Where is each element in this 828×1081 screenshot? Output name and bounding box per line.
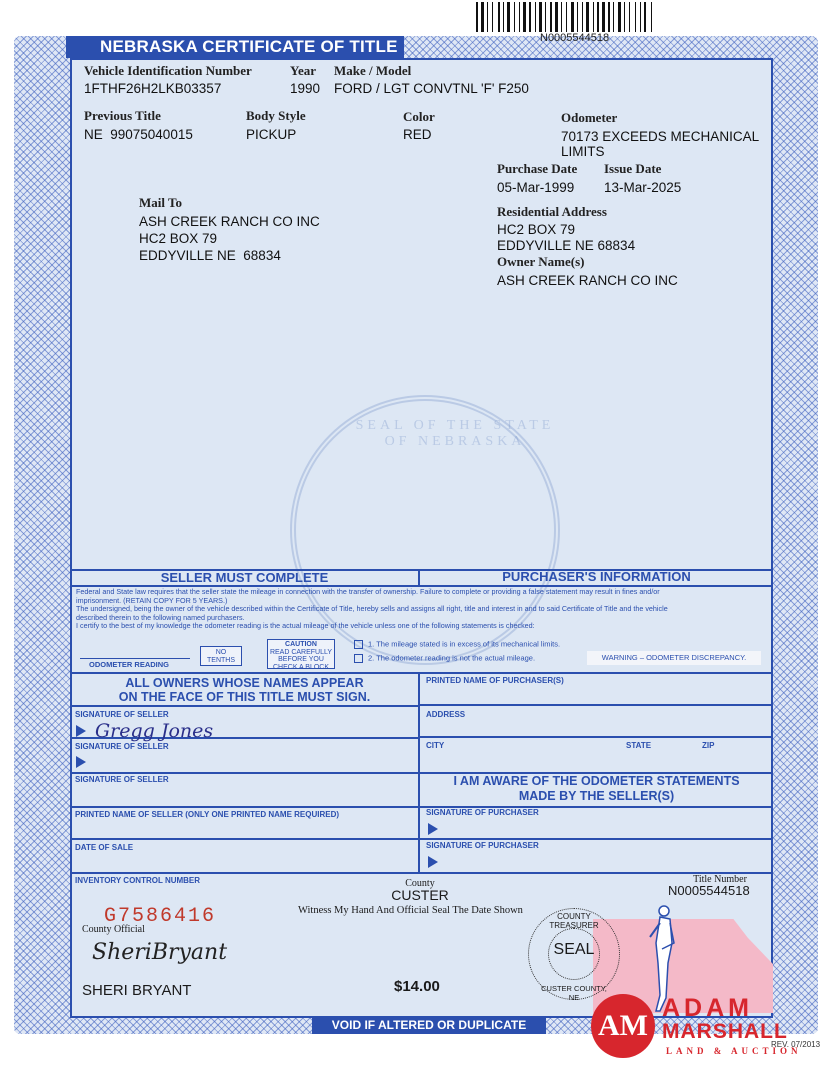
divider — [71, 872, 773, 874]
county-official-label: County Official — [82, 924, 145, 935]
barcode-number: N0005544518 — [540, 32, 609, 44]
seller-signature-label-1: SIGNATURE OF SELLER — [75, 710, 169, 719]
title-fee: $14.00 — [394, 978, 440, 995]
vin-value: 1FTHF26H2LKB03357 — [84, 81, 221, 96]
issue-date-label: Issue Date — [604, 161, 661, 177]
seller-header: SELLER MUST COMPLETE — [71, 570, 418, 585]
odometer-awareness-notice: I AM AWARE OF THE ODOMETER STATEMENTS MA… — [420, 774, 773, 803]
statement-1-checkbox[interactable] — [354, 640, 363, 649]
void-notice: VOID IF ALTERED OR DUPLICATE ISSUED — [312, 1016, 546, 1034]
printed-name-seller-label: PRINTED NAME OF SELLER (ONLY ONE PRINTED… — [75, 810, 339, 819]
seal-bottom-text: CUSTER COUNTY, NE — [536, 984, 612, 1002]
divider — [71, 672, 773, 674]
printed-name-seller-field[interactable] — [75, 821, 410, 836]
sign-here-arrow-icon — [76, 725, 86, 737]
mail-to-line: EDDYVILLE NE 68834 — [139, 248, 281, 263]
printed-name-purchaser-label: PRINTED NAME OF PURCHASER(S) — [426, 676, 564, 685]
color-value: RED — [403, 127, 432, 142]
odometer-warning: WARNING – ODOMETER DISCREPANCY. — [587, 651, 761, 665]
state-label: STATE — [626, 741, 651, 750]
logo-line2: MARSHALL — [662, 1021, 788, 1043]
sign-here-arrow-icon — [76, 756, 86, 768]
official-signature: SheriBryant — [92, 940, 227, 965]
address-label: ADDRESS — [426, 710, 465, 719]
statement-1[interactable]: 1. The mileage stated is in excess of it… — [354, 640, 560, 649]
signature-purchaser-label-2: SIGNATURE OF PURCHASER — [426, 841, 539, 850]
odometer-reading-label: ODOMETER READING — [89, 660, 169, 669]
year-value: 1990 — [290, 81, 320, 96]
mail-to-line: HC2 BOX 79 — [139, 231, 217, 246]
residential-address-line: EDDYVILLE NE 68834 — [497, 238, 635, 253]
seller-signature-2[interactable] — [92, 752, 412, 770]
legal-text: Federal and State law requires that the … — [76, 588, 771, 631]
witness-text: Witness My Hand And Official Seal The Da… — [298, 905, 523, 916]
owner-names-label: Owner Name(s) — [497, 254, 585, 270]
previous-title-value: NE 99075040015 — [84, 127, 193, 142]
year-label: Year — [290, 63, 316, 79]
seller-signature-label-2: SIGNATURE OF SELLER — [75, 742, 169, 751]
make-model-label: Make / Model — [334, 63, 411, 79]
seal-top-text: COUNTY TREASURER — [536, 912, 612, 930]
issue-date-value: 13-Mar-2025 — [604, 180, 681, 195]
seller-signature-1[interactable]: Gregg Jones — [95, 720, 213, 742]
date-of-sale-field[interactable] — [75, 854, 410, 870]
divider — [71, 838, 773, 840]
zip-label: ZIP — [702, 741, 714, 750]
mail-to-label: Mail To — [139, 195, 182, 211]
adam-marshall-logo-icon: AM — [591, 994, 655, 1058]
purchaser-signature-1[interactable] — [445, 820, 765, 836]
city-state-zip-field[interactable] — [426, 752, 766, 770]
color-label: Color — [403, 109, 435, 125]
mail-to-line: ASH CREEK RANCH CO INC — [139, 214, 320, 229]
owner-names-value: ASH CREEK RANCH CO INC — [497, 273, 678, 288]
purchaser-signature-2[interactable] — [445, 853, 765, 869]
logo-line1: ADAM — [662, 996, 753, 1021]
caution-box: CAUTION READ CAREFULLY BEFORE YOU CHECK … — [267, 639, 335, 669]
residential-address-line: HC2 BOX 79 — [497, 222, 575, 237]
divider — [71, 705, 419, 707]
odometer-reading-input[interactable] — [80, 640, 190, 657]
inventory-control-label: INVENTORY CONTROL NUMBER — [75, 876, 200, 885]
previous-title-label: Previous Title — [84, 108, 161, 124]
sign-here-arrow-icon — [428, 823, 438, 835]
statement-2[interactable]: 2. The odometer reading is not the actua… — [354, 654, 535, 663]
state-seal-text: SEAL OF THE STATE OF NEBRASKA — [345, 418, 565, 450]
make-model-value: FORD / LGT CONVTNL 'F' F250 — [334, 81, 529, 96]
signature-purchaser-label-1: SIGNATURE OF PURCHASER — [426, 808, 539, 817]
certificate-title: NEBRASKA CERTIFICATE OF TITLE — [66, 36, 404, 58]
body-style-value: PICKUP — [246, 127, 296, 142]
barcode — [476, 2, 732, 32]
address-field[interactable] — [426, 720, 766, 735]
divider — [71, 806, 773, 808]
odometer-value-line1: 70173 EXCEEDS MECHANICAL — [561, 129, 759, 144]
title-number-value: N0005544518 — [668, 883, 750, 898]
seller-signature-label-3: SIGNATURE OF SELLER — [75, 775, 169, 784]
printed-name-purchaser-field[interactable] — [426, 688, 766, 703]
seller-signature-3[interactable] — [75, 787, 410, 804]
seal-center-text: SEAL — [548, 941, 600, 959]
divider — [418, 806, 420, 872]
no-tenths-box: NO TENTHS — [200, 646, 242, 666]
logo-line3: LAND & AUCTION — [666, 1046, 802, 1056]
date-of-sale-label: DATE OF SALE — [75, 843, 133, 852]
body-style-label: Body Style — [246, 108, 306, 124]
divider — [418, 704, 773, 706]
sign-here-arrow-icon — [428, 856, 438, 868]
purchase-date-value: 05-Mar-1999 — [497, 180, 574, 195]
official-name: SHERI BRYANT — [82, 982, 191, 999]
city-label: CITY — [426, 741, 444, 750]
all-owners-notice: ALL OWNERS WHOSE NAMES APPEAR ON THE FAC… — [71, 676, 418, 704]
purchase-date-label: Purchase Date — [497, 161, 577, 177]
residential-address-label: Residential Address — [497, 204, 607, 220]
divider — [418, 736, 773, 738]
odometer-label: Odometer — [561, 110, 617, 126]
purchaser-header: PURCHASER'S INFORMATION — [420, 569, 773, 584]
vin-label: Vehicle Identification Number — [84, 63, 252, 79]
statement-2-checkbox[interactable] — [354, 654, 363, 663]
odometer-value-line2: LIMITS — [561, 144, 605, 159]
odometer-reading-line — [80, 658, 190, 659]
county-value: CUSTER — [370, 887, 470, 903]
